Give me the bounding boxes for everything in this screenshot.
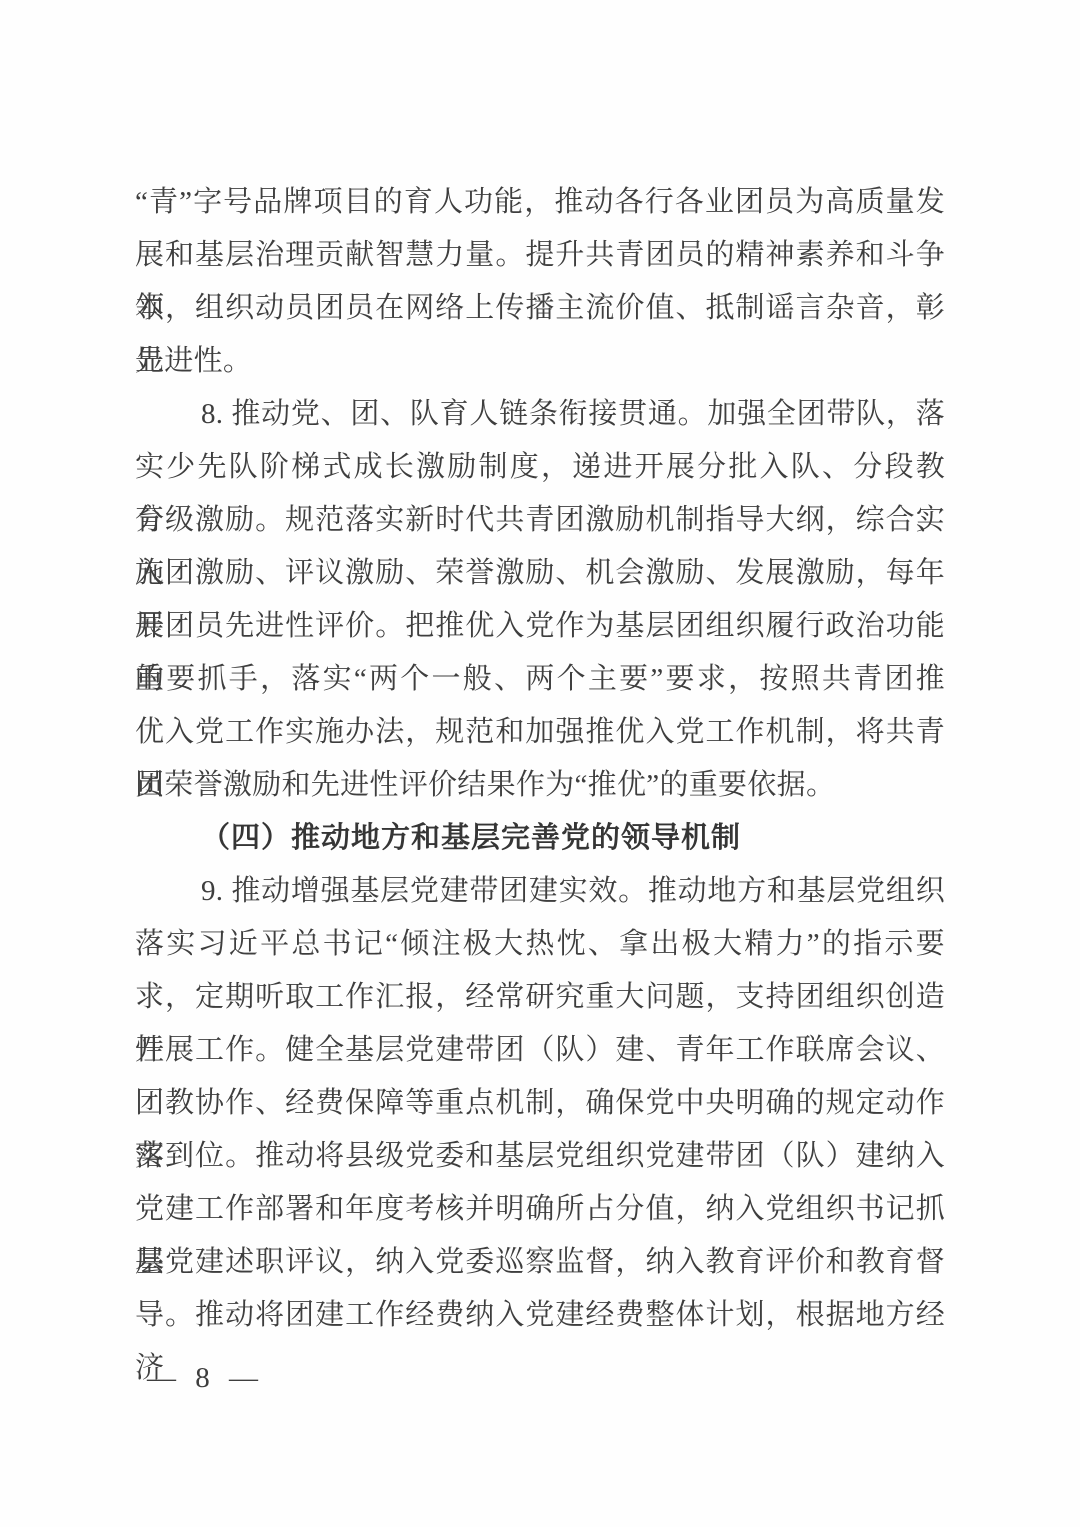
doc-line: 导。推动将团建工作经费纳入党建经费整体计划，根据地方经济 xyxy=(135,1289,945,1342)
doc-line: “青”字号品牌项目的育人功能，推动各行各业团员为高质量发 xyxy=(135,176,945,229)
doc-line: 展和基层治理贡献智慧力量。提升共青团员的精神素养和斗争本 xyxy=(135,229,945,282)
doc-line: 8. 推动党、团、队育人链条衔接贯通。加强全团带队，落 xyxy=(135,388,945,441)
doc-line: 重要抓手，落实“两个一般、两个主要”要求，按照共青团推 xyxy=(135,653,945,706)
doc-line: 入团激励、评议激励、荣誉激励、机会激励、发展激励，每年开 xyxy=(135,547,945,600)
page-number: — 8 — xyxy=(147,1358,264,1398)
doc-line: 优入党工作实施办法，规范和加强推优入党工作机制，将共青团 xyxy=(135,706,945,759)
doc-line: 展团员先进性评价。把推优入党作为基层团组织履行政治功能的 xyxy=(135,600,945,653)
doc-line: 9. 推动增强基层党建带团建实效。推动地方和基层党组织 xyxy=(135,865,945,918)
doc-line: 落实习近平总书记“倾注极大热忱、拿出极大精力”的指示要 xyxy=(135,918,945,971)
doc-line: 实少先队阶梯式成长激励制度，递进开展分批入队、分段教育、 xyxy=(135,441,945,494)
document-page: “青”字号品牌项目的育人功能，推动各行各业团员为高质量发 展和基层治理贡献智慧力… xyxy=(0,0,1080,1527)
doc-line: 分级激励。规范落实新时代共青团激励机制指导大纲，综合实施 xyxy=(135,494,945,547)
doc-line: 开展工作。健全基层党建带团（队）建、青年工作联席会议、 xyxy=(135,1024,945,1077)
doc-line: 党建工作部署和年度考核并明确所占分值，纳入党组织书记抓基 xyxy=(135,1183,945,1236)
doc-line: 领，组织动员团员在网络上传播主流价值、抵制谣言杂音，彰显 xyxy=(135,282,945,335)
doc-line: 实到位。推动将县级党委和基层党组织党建带团（队）建纳入 xyxy=(135,1130,945,1183)
doc-line: 先进性。 xyxy=(135,335,945,388)
section-heading: （四）推动地方和基层完善党的领导机制 xyxy=(135,812,945,865)
text-block: “青”字号品牌项目的育人功能，推动各行各业团员为高质量发 展和基层治理贡献智慧力… xyxy=(135,176,945,1342)
doc-line: 层党建述职评议，纳入党委巡察监督，纳入教育评价和教育督 xyxy=(135,1236,945,1289)
doc-line: 员荣誉激励和先进性评价结果作为“推优”的重要依据。 xyxy=(135,759,945,812)
doc-line: 团教协作、经费保障等重点机制，确保党中央明确的规定动作落 xyxy=(135,1077,945,1130)
doc-line: 求，定期听取工作汇报，经常研究重大问题，支持团组织创造性 xyxy=(135,971,945,1024)
